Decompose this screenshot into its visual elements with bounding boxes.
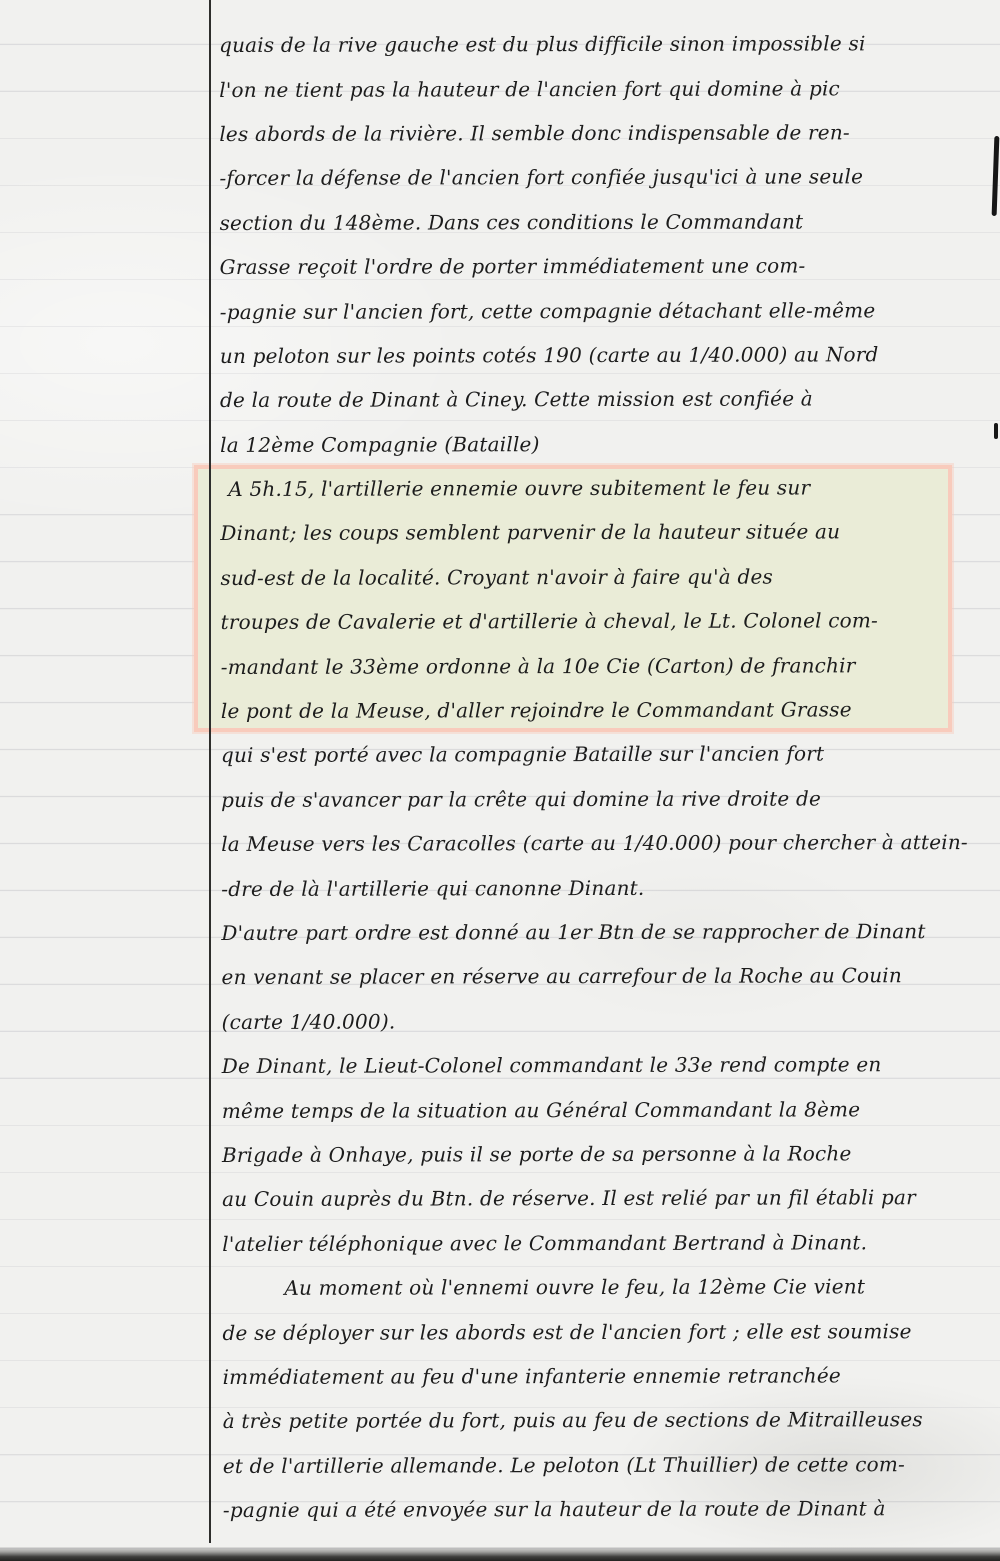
manuscript-line: en venant se placer en réserve au carref…	[221, 953, 983, 999]
scan-edge-artifact	[994, 423, 998, 439]
manuscript-line: l'atelier téléphonique avec le Commandan…	[222, 1220, 984, 1266]
manuscript-line: au Couin auprès du Btn. de réserve. Il e…	[222, 1175, 984, 1221]
manuscript-line: Brigade à Onhaye, puis il se porte de sa…	[222, 1131, 984, 1177]
manuscript-line: De Dinant, le Lieut-Colonel commandant l…	[222, 1042, 984, 1088]
manuscript-line-highlighted: troupes de Cavalerie et d'artillerie à c…	[221, 598, 983, 644]
manuscript-line: la Meuse vers les Caracolles (carte au 1…	[221, 820, 983, 866]
manuscript-line: un peloton sur les points cotés 190 (car…	[220, 332, 982, 378]
manuscript-line: et de l'artillerie allemande. Le peloton…	[223, 1442, 985, 1488]
manuscript-line: l'on ne tient pas la hauteur de l'ancien…	[219, 65, 981, 111]
scanned-manuscript-page: quais de la rive gauche est du plus diff…	[0, 0, 1000, 1561]
manuscript-line: section du 148ème. Dans ces conditions l…	[219, 199, 981, 245]
manuscript-line-highlighted: A 5h.15, l'artillerie ennemie ouvre subi…	[220, 465, 982, 511]
manuscript-line: -forcer la défense de l'ancien fort conf…	[219, 154, 981, 200]
manuscript-line: -dre de là l'artillerie qui canonne Dina…	[221, 864, 983, 910]
manuscript-line: -pagnie qui a été envoyée sur la hauteur…	[223, 1486, 985, 1532]
manuscript-line: Au moment où l'ennemi ouvre le feu, la 1…	[222, 1264, 984, 1310]
manuscript-line-highlighted: le pont de la Meuse, d'aller rejoindre l…	[221, 687, 983, 733]
manuscript-line: les abords de la rivière. Il semble donc…	[219, 110, 981, 156]
manuscript-line: de la route de Dinant à Ciney. Cette mis…	[220, 376, 982, 422]
manuscript-line-highlighted: Dinant; les coups semblent parvenir de l…	[220, 509, 982, 555]
manuscript-line-highlighted: -mandant le 33ème ordonne à la 10e Cie (…	[221, 642, 983, 688]
manuscript-line: la 12ème Compagnie (Bataille)	[220, 421, 982, 467]
manuscript-line: quais de la rive gauche est du plus diff…	[219, 21, 981, 67]
manuscript-line: même temps de la situation au Général Co…	[222, 1086, 984, 1132]
scan-bottom-edge	[0, 1547, 1000, 1561]
manuscript-line: (carte 1/40.000).	[222, 998, 984, 1044]
manuscript-line: puis de s'avancer par la crête qui domin…	[221, 776, 983, 822]
manuscript-line: immédiatement au feu d'une infanterie en…	[223, 1353, 985, 1399]
manuscript-line: qui s'est porté avec la compagnie Batail…	[221, 731, 983, 777]
manuscript-text: quais de la rive gauche est du plus diff…	[219, 21, 985, 1532]
manuscript-line: D'autre part ordre est donné au 1er Btn …	[221, 909, 983, 955]
manuscript-line: de se déployer sur les abords est de l'a…	[222, 1308, 984, 1354]
manuscript-line-highlighted: sud-est de la localité. Croyant n'avoir …	[220, 554, 982, 600]
manuscript-line: Grasse reçoit l'ordre de porter immédiat…	[220, 243, 982, 289]
manuscript-line: -pagnie sur l'ancien fort, cette compagn…	[220, 287, 982, 333]
margin-rule-line	[209, 0, 211, 1543]
manuscript-line: à très petite portée du fort, puis au fe…	[223, 1397, 985, 1443]
